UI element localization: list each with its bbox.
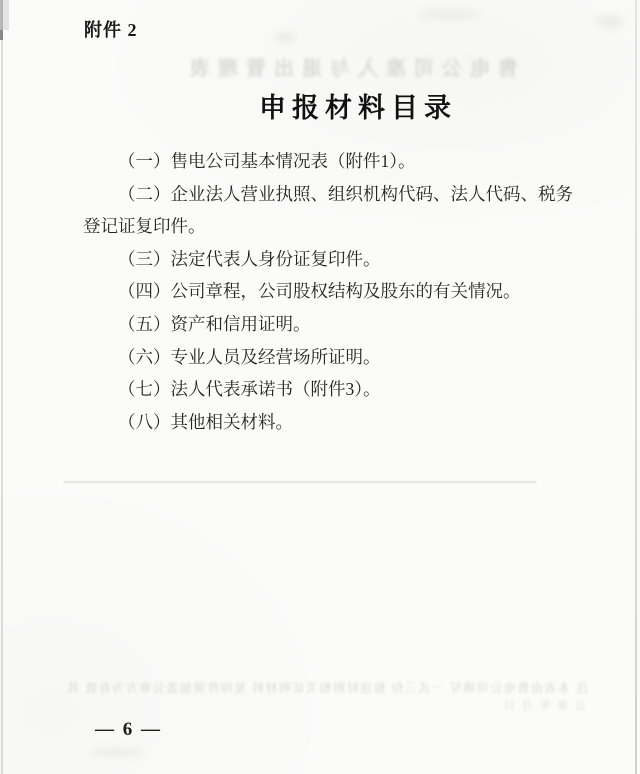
scan-smudge	[90, 748, 144, 757]
list-item-line: （三）法定代表人身份证复印件。	[83, 243, 583, 276]
list-item-line: （八）其他相关材料。	[83, 406, 583, 439]
attachment-label: 附件 2	[84, 16, 138, 42]
list-item-line: （四）公司章程，公司股权结构及股东的有关情况。	[83, 275, 583, 308]
bleedthrough-text-bottom: 注 本表由售电公司填写 一式三份 报送时附相关证明材料 复印件须加盖公章方为有效…	[66, 679, 588, 696]
page-title: 申报材料目录	[0, 86, 640, 125]
scan-smudge	[596, 15, 624, 28]
list-item-line: （七）法人代表承诺书（附件3）。	[83, 373, 583, 406]
page-number: — 6 —	[95, 719, 162, 741]
list-item-line: （一）售电公司基本情况表（附件1）。	[83, 145, 583, 178]
scanned-document-page: { "document": { "attachment_label": "附件 …	[0, 0, 640, 774]
scan-corner-shadow	[0, 0, 9, 30]
bleedthrough-text-bottom-right: 公 章 年 月 日	[468, 697, 586, 712]
bleedthrough-text-top: 售电公司准入与退出管理表	[146, 52, 518, 84]
list-item-line: （二）企业法人营业执照、组织机构代码、法人代码、税务	[83, 178, 583, 211]
materials-list: （一）售电公司基本情况表（附件1）。 （二）企业法人营业执照、组织机构代码、法人…	[83, 145, 583, 438]
scan-smudge	[274, 33, 296, 42]
list-item-continuation-line: 登记证复印件。	[83, 210, 583, 243]
list-item-line: （六）专业人员及经营场所证明。	[83, 341, 583, 374]
scan-smudge	[418, 9, 482, 20]
bleedthrough-table-rule	[64, 481, 536, 483]
list-item-line: （五）资产和信用证明。	[83, 308, 583, 341]
